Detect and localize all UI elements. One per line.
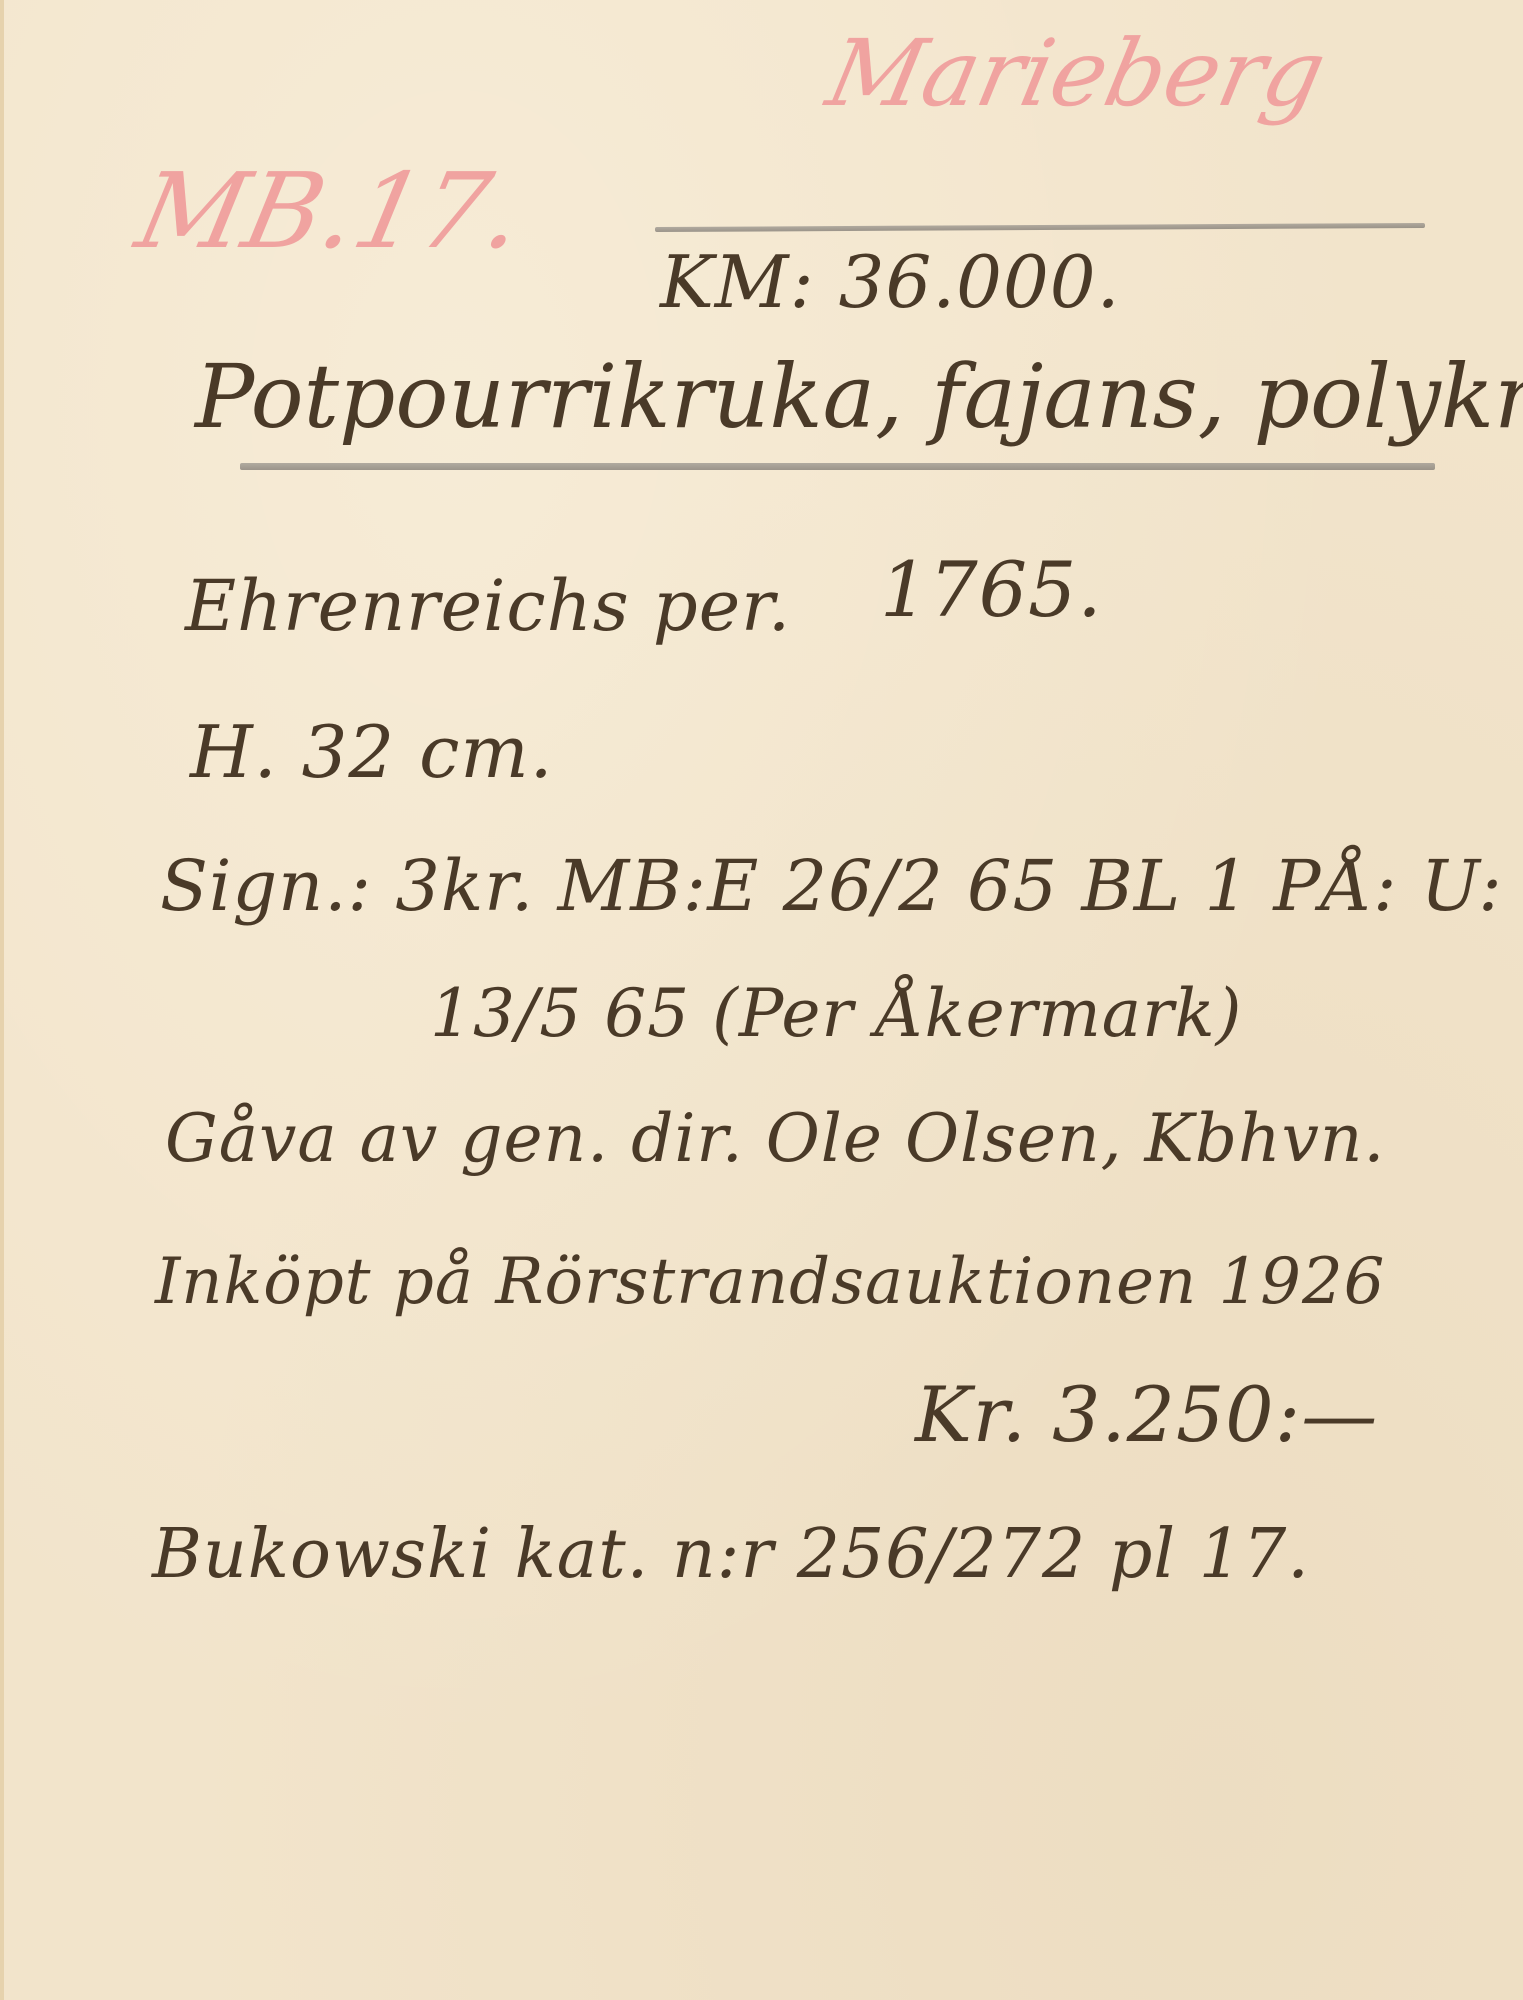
- signature-line-2: 13/5 65 (Per Åkermark): [430, 975, 1242, 1052]
- km-number: KM: 36.000.: [660, 240, 1120, 324]
- period: Ehrenreichs per.: [185, 565, 791, 647]
- card-edge: [0, 0, 4, 2000]
- pencil-rule-top: [655, 223, 1425, 232]
- catalogue-reference: Bukowski kat. n:r 256/272 pl 17.: [152, 1515, 1310, 1594]
- purchase-provenance: Inköpt på Rörstrandsauktionen 1926: [155, 1245, 1385, 1319]
- gift-provenance: Gåva av gen. dir. Ole Olsen, Kbhvn.: [165, 1100, 1385, 1177]
- object-title: Potpourrikruka, fajans, polykrom.: [195, 345, 1523, 448]
- catalogue-card: Marieberg MB.17. KM: 36.000. Potpourrikr…: [0, 0, 1523, 2000]
- year: 1765.: [880, 545, 1103, 634]
- price: Kr. 3.250:—: [915, 1370, 1378, 1459]
- inventory-annotation: MB.17.: [127, 150, 534, 272]
- pencil-rule-title: [240, 463, 1435, 470]
- height: H. 32 cm.: [190, 710, 554, 794]
- signature-line-1: Sign.: 3kr. MB:E 26/2 65 BL 1 PÅ: U:: [160, 845, 1503, 927]
- location-annotation: Marieberg: [819, 20, 1335, 127]
